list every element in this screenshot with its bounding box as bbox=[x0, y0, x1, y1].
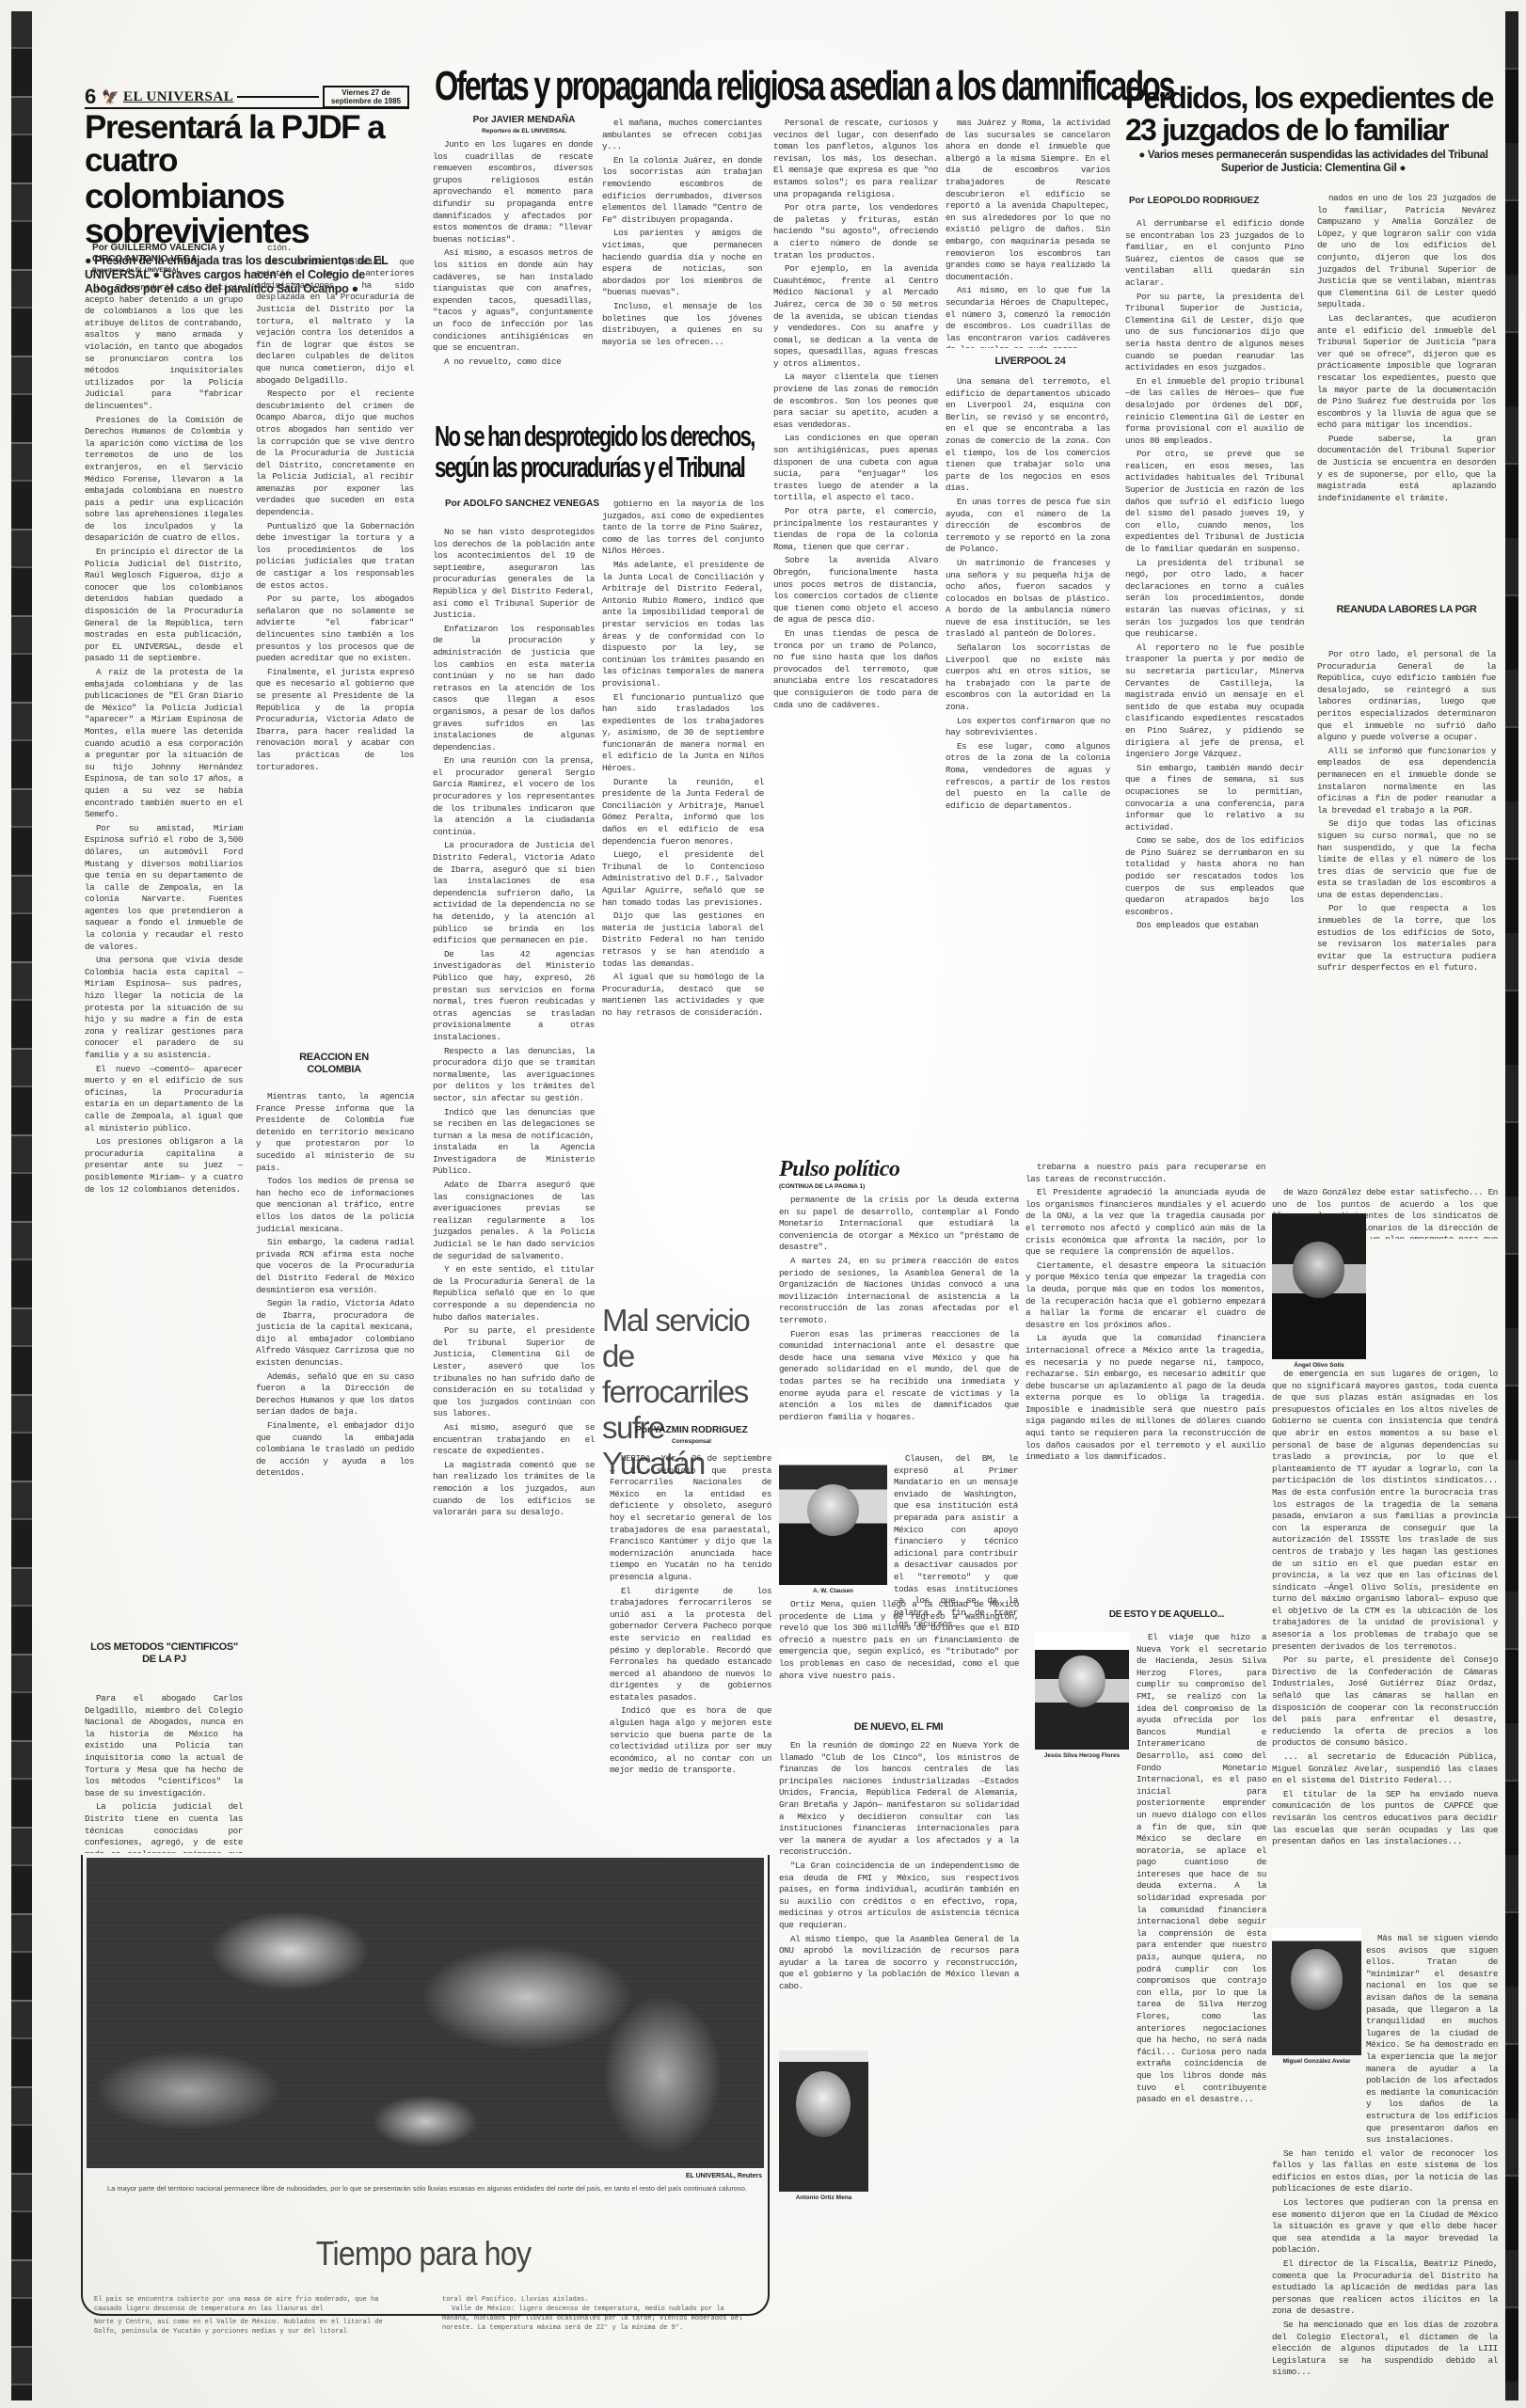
paragraph: "La Gran coincidencia de un independenti… bbox=[779, 1861, 1019, 1932]
paragraph: gobierno en la mayoría de los juzgados, … bbox=[602, 499, 764, 558]
paragraph: Al derrumbarse el edificio donde se enco… bbox=[1125, 218, 1304, 290]
paragraph: Ciertamente, el desastre empeora la situ… bbox=[1025, 1260, 1265, 1332]
paragraph: Una persona que vivía desde Colombia hac… bbox=[85, 955, 243, 1061]
byline-ofertas-role: Reportero de EL UNIVERSAL bbox=[453, 126, 595, 137]
paragraph: Y en este sentido, el titular de la Proc… bbox=[433, 1264, 595, 1323]
story-ofertas-column-4: mas Juárez y Roma, la actividad de las s… bbox=[946, 118, 1110, 348]
pulso-column-3b: Más mal se siguen viendo esos avisos que… bbox=[1272, 1933, 1498, 2389]
paragraph: Por su parte, la presidenta del Tribunal… bbox=[1125, 292, 1304, 374]
paragraph: Para el abogado Carlos Delgadillo, miemb… bbox=[85, 1693, 243, 1799]
paragraph: Sobre la avenida Alvaro Obregón, funcion… bbox=[773, 555, 938, 626]
pulso-column-1b: Ortiz Mena, quien llegó a la ciudad de M… bbox=[779, 1599, 1019, 1703]
paragraph: La policía judicial del Distrito tiene e… bbox=[85, 1801, 243, 1853]
paragraph: Finalmente, el embajador dijo que cuando… bbox=[256, 1420, 414, 1480]
paragraph: Puntualizó que la Gobernación debe inves… bbox=[256, 521, 414, 593]
paragraph: Los parientes y amigos de víctimas, que … bbox=[602, 228, 762, 299]
story-pjdf-column-1: La Procuraduría de Justicia acepto haber… bbox=[85, 282, 243, 1623]
continuation-note: (CONTINUA DE LA PAGINA 1) bbox=[779, 1183, 1014, 1190]
paragraph: Todos los medios de prensa se han hecho … bbox=[256, 1176, 414, 1235]
paragraph: Junto en los lugares en donde los cuadri… bbox=[433, 139, 593, 246]
paragraph: El funcionario puntualizó que han sido t… bbox=[602, 692, 764, 775]
paragraph: Se ha mencionado que en los días de zozo… bbox=[1272, 2320, 1498, 2379]
paragraph: En el inmueble del propio tribunal —de l… bbox=[1125, 376, 1304, 448]
story-ofertas-column-2: el mañana, muchos comerciantes ambulante… bbox=[602, 118, 762, 419]
scan-edge-right bbox=[1505, 11, 1518, 2400]
story-perdidos-header: Perdidos, los expedientes de 23 juzgados… bbox=[1125, 83, 1502, 175]
byline-yucatan-role: Corresponsal bbox=[621, 1436, 762, 1448]
paragraph: Indicó que es hora de que alguien haga a… bbox=[610, 1705, 771, 1777]
portrait-face bbox=[807, 1484, 859, 1536]
paragraph: de emergencia en sus lugares de origen, … bbox=[1272, 1369, 1498, 1653]
paragraph: Más adelante, el presidente de la Junta … bbox=[602, 560, 764, 690]
photo-credit: EL UNIVERSAL, Reuters bbox=[583, 2173, 762, 2179]
paragraph: Durante la reunión, el presidente de la … bbox=[602, 777, 764, 848]
paragraph: Las declarantes, que acudieron ante el e… bbox=[1317, 313, 1496, 432]
paragraph: Por otra parte, los vendedores de paleta… bbox=[773, 202, 938, 261]
paragraph: Así mismo, a escasos metros de los sitio… bbox=[433, 247, 593, 354]
pulso-column-2b: El viaje que hizo a Nueva York el secret… bbox=[1024, 1632, 1266, 2389]
pulso-politico-header: Pulso político (CONTINUA DE LA PAGINA 1) bbox=[779, 1157, 1014, 1190]
weather-text-left: El país se encuentra cubierto por una ma… bbox=[94, 2295, 405, 2337]
newspaper-name: EL UNIVERSAL bbox=[123, 89, 233, 105]
paragraph: ción. bbox=[256, 243, 414, 255]
story-ofertas-column-1: Junto en los lugares en donde los cuadri… bbox=[433, 139, 593, 418]
paragraph: La presidenta del tribunal se negó, por … bbox=[1125, 558, 1304, 641]
caption-olivo-solis: Ángel Olivo Solís bbox=[1272, 1362, 1366, 1369]
story-yucatan-column: MERIDA, Yuc., 26 de septiembre — El serv… bbox=[610, 1453, 771, 1855]
headline-yucatan-line1: Mal servicio bbox=[602, 1303, 771, 1339]
paragraph: Finalmente, el jurista expresó que es ne… bbox=[256, 667, 414, 773]
weather-title: Tiempo para hoy bbox=[119, 2234, 728, 2273]
byline-pjdf-role: Reporteros de EL UNIVERSAL bbox=[92, 265, 243, 277]
paragraph: La Procuraduría de Justicia acepto haber… bbox=[85, 282, 243, 413]
paragraph: Así mismo, aseguró que se encuentran tra… bbox=[433, 1422, 595, 1458]
photo-ortiz-mena bbox=[779, 2051, 868, 2192]
story-desprotegido-column-1: No se han visto desprotegidos los derech… bbox=[433, 527, 595, 1855]
paragraph: En principio el director de la Policía J… bbox=[85, 547, 243, 665]
paragraph: Los expertos confirmaron que no hay sobr… bbox=[946, 716, 1110, 739]
headline-perdidos-line1: Perdidos, los expedientes de bbox=[1125, 83, 1502, 113]
paragraph: La magistrada comentó que se han realiza… bbox=[433, 1460, 595, 1519]
paragraph: Ortiz Mena, quien llegó a la ciudad de M… bbox=[779, 1599, 1019, 1682]
paragraph: Allí se informó que funcionarios y emple… bbox=[1317, 746, 1496, 817]
paragraph: Respecto por el reciente descubrimiento … bbox=[256, 388, 414, 519]
paragraph: De las 42 agencias investigadoras del Mi… bbox=[433, 949, 595, 1044]
paragraph: El Presidente agradeció la anunciada ayu… bbox=[1025, 1187, 1265, 1259]
paragraph: A raíz de la protesta de la embajada col… bbox=[85, 667, 243, 821]
subhead-reaccion-colombia: REACCION EN COLOMBIA bbox=[273, 1052, 395, 1076]
weather-photo-caption: La mayor parte del territorio nacional p… bbox=[90, 2184, 764, 2194]
headline-desprotegido-line2: según las procuradurías y el Tribunal bbox=[435, 452, 678, 482]
newspaper-page: 6 🦅 EL UNIVERSAL Viernes 27 de septiembr… bbox=[0, 0, 1526, 2408]
satellite-weather-photo bbox=[87, 1858, 764, 2168]
byline-yucatan: Por YAZMIN RODRIGUEZ Corresponsal bbox=[621, 1425, 762, 1448]
paragraph: Por su amistad, Miriam Espinosa sufrió e… bbox=[85, 823, 243, 954]
paragraph: Se dijo que todas las oficinas siguen su… bbox=[1317, 818, 1496, 901]
issue-date: Viernes 27 de septiembre de 1985 bbox=[323, 86, 409, 108]
subhead-de-esto-y-de-aquello: DE ESTO Y DE AQUELLO... bbox=[1073, 1608, 1261, 1621]
story-perdidos-column-2b: Por otro lado, el personal de la Procura… bbox=[1317, 649, 1496, 1148]
paragraph: A martes 24, en su primera reacción de e… bbox=[779, 1256, 1019, 1327]
paragraph: A no revuelto, como dice bbox=[433, 356, 593, 369]
paragraph: Es ese lugar, como algunos otros de la z… bbox=[946, 741, 1110, 813]
paragraph: ... al secretario de Educación Pública, … bbox=[1272, 1751, 1498, 1787]
paragraph: Fueron esas las primeras reacciones de l… bbox=[779, 1329, 1019, 1420]
paragraph: Además, señaló que en su caso fueron a l… bbox=[256, 1371, 414, 1418]
subhead-liverpool: LIVERPOOL 24 bbox=[960, 356, 1101, 368]
story-ofertas-column-3: Personal de rescate, curiosos y vecinos … bbox=[773, 118, 938, 1331]
story-perdidos-column-2: nados en uno de los 23 juzgados de lo fa… bbox=[1317, 193, 1496, 588]
headline-perdidos-line2: 23 juzgados de lo familiar bbox=[1125, 115, 1502, 145]
masthead-rule bbox=[237, 96, 319, 98]
byline-ofertas-name: Por JAVIER MENDAÑA bbox=[473, 115, 576, 125]
headline-pjdf-line2: colombianos sobrevivientes bbox=[85, 179, 414, 248]
paragraph: La técnica policial que existió en anter… bbox=[256, 257, 414, 388]
paragraph: Más mal se siguen viendo esos avisos que… bbox=[1366, 1933, 1498, 2147]
story-pjdf-column-2b: Mientras tanto, la agencia France Presse… bbox=[256, 1091, 414, 1853]
portrait-face bbox=[796, 2071, 850, 2137]
paragraph: MERIDA, Yuc., 26 de septiembre — El serv… bbox=[610, 1453, 771, 1584]
paragraph: el mañana, muchos comerciantes ambulante… bbox=[602, 118, 762, 153]
paragraph: Como se sabe, dos de los edificios de Pi… bbox=[1125, 835, 1304, 918]
subhead-metodos: LOS METODOS "CIENTIFICOS" DE LA PJ bbox=[87, 1641, 242, 1666]
weather-text-right: toral del Pacífico. Lluvias aisladas. Va… bbox=[442, 2295, 753, 2333]
masthead: 6 🦅 EL UNIVERSAL Viernes 27 de septiembr… bbox=[85, 87, 409, 109]
paragraph: Los lectores que pudieran con la prensa … bbox=[1272, 2197, 1498, 2257]
pulso-column-3: de emergencia en sus lugares de origen, … bbox=[1272, 1369, 1498, 1933]
eagle-icon: 🦅 bbox=[102, 88, 119, 105]
story-perdidos-column-1: Al derrumbarse el edificio donde se enco… bbox=[1125, 218, 1304, 1149]
paragraph: Respecto a las denuncias, la procuradora… bbox=[433, 1046, 595, 1105]
paragraph: Por su parte, los abogados señalaron que… bbox=[256, 594, 414, 665]
paragraph: En una reunión con la prensa, el procura… bbox=[433, 755, 595, 838]
paragraph: Al mismo tiempo, que la Asamblea General… bbox=[779, 1934, 1019, 1993]
byline-pjdf: Por GUILLERMO VALENCIA y CIRCO ANTONIO V… bbox=[92, 243, 243, 277]
paragraph: El país se encuentra cubierto por una ma… bbox=[94, 2295, 405, 2314]
paragraph: toral del Pacífico. Lluvias aisladas. bbox=[442, 2295, 753, 2305]
photo-olivo-solis bbox=[1272, 1213, 1366, 1359]
paragraph: Por otro, se prevé que se realicen, en e… bbox=[1125, 449, 1304, 555]
paragraph: La procuradora de Justicia del Distrito … bbox=[433, 840, 595, 946]
paragraph: Sin embargo, la cadena radial privada RC… bbox=[256, 1237, 414, 1296]
story-pjdf-column-1b: Para el abogado Carlos Delgadillo, miemb… bbox=[85, 1693, 243, 1853]
paragraph: Mientras tanto, la agencia France Presse… bbox=[256, 1091, 414, 1174]
paragraph: La ayuda que la comunidad financiera int… bbox=[1025, 1333, 1265, 1464]
scan-edge-left bbox=[11, 11, 32, 2400]
story-desprotegido-column-2: gobierno en la mayoría de los juzgados, … bbox=[602, 499, 764, 1298]
paragraph: Señalaron los socorristas de Liverpool q… bbox=[946, 642, 1110, 714]
headline-ofertas: Ofertas y propaganda religiosa asedian a… bbox=[435, 66, 963, 107]
paragraph: Dijo que las gestiones en materia de jus… bbox=[602, 911, 764, 970]
headline-desprotegido-line1: No se han desprotegido los derechos, bbox=[435, 421, 678, 451]
paragraph: Las condiciones en que operan son antihi… bbox=[773, 433, 938, 504]
paragraph: Un matrimonio de franceses y una señora … bbox=[946, 558, 1110, 641]
photo-clausen bbox=[779, 1449, 887, 1585]
paragraph: En la colonia Juárez, en donde los socor… bbox=[602, 155, 762, 227]
paragraph: En la reunión de domingo 22 en Nueva Yor… bbox=[779, 1740, 1019, 1859]
paragraph: El titular de la SEP ha enviado nueva co… bbox=[1272, 1789, 1498, 1848]
byline-pjdf-name: Por GUILLERMO VALENCIA y CIRCO ANTONIO V… bbox=[92, 243, 225, 264]
paragraph: trebarna a nuestro país para recuperarse… bbox=[1025, 1162, 1265, 1185]
paragraph: Según la radio, Victoria Adato de Ibarra… bbox=[256, 1298, 414, 1370]
headline-yucatan-line2: de ferrocarriles bbox=[602, 1339, 771, 1410]
paragraph: Incluso, el mensaje de los boletines que… bbox=[602, 301, 762, 348]
story-desprotegido-header: No se han desprotegido los derechos, seg… bbox=[435, 421, 773, 482]
paragraph: En unas torres de pesca fue sin ayuda, c… bbox=[946, 497, 1110, 556]
paragraph: Valle de México: ligero descenso de temp… bbox=[442, 2305, 753, 2333]
paragraph: Personal de rescate, curiosos y vecinos … bbox=[773, 118, 938, 200]
paragraph: Enfatizaron los responsables de la procu… bbox=[433, 624, 595, 754]
paragraph: No se han visto desprotegidos los derech… bbox=[433, 527, 595, 622]
paragraph: El nuevo —comentó— aparecer muerto y en … bbox=[85, 1064, 243, 1135]
page-number: 6 bbox=[85, 85, 96, 109]
paragraph: Indicó que las denuncias que se reciben … bbox=[433, 1107, 595, 1179]
paragraph: Puede saberse, la gran documentación del… bbox=[1317, 434, 1496, 505]
paragraph: Luego, el presidente del Tribunal de lo … bbox=[602, 849, 764, 909]
paragraph: Por lo que respecta a los inmuebles de l… bbox=[1317, 903, 1496, 974]
paragraph: permanente de la crisis por la deuda ext… bbox=[779, 1195, 1019, 1254]
paragraph: Por ejemplo, en la avenida Cuauhtémoc, f… bbox=[773, 263, 938, 370]
paragraph: Por su parte, el presidente del Consejo … bbox=[1272, 1655, 1498, 1750]
paragraph: Al reportero no le fue posible trasponer… bbox=[1125, 642, 1304, 761]
headline-pjdf-line1: Presentará la PJDF a cuatro bbox=[85, 111, 414, 177]
paragraph: Presiones de la Comisión de Derechos Hum… bbox=[85, 415, 243, 546]
paragraph: Se han tenido el valor de reconocer los … bbox=[1272, 2148, 1498, 2195]
pulso-column-2: trebarna a nuestro país para recuperarse… bbox=[1025, 1162, 1265, 1604]
paragraph: En unas tiendas de pesca de tronca por u… bbox=[773, 628, 938, 711]
pulso-column-1: permanente de la crisis por la deuda ext… bbox=[779, 1195, 1019, 1420]
paragraph: Así mismo, en lo que fue la secundaria H… bbox=[946, 285, 1110, 348]
story-pjdf-column-2: ción. La técnica policial que existió en… bbox=[256, 243, 414, 1025]
paragraph: Al igual que su homólogo de la Procuradu… bbox=[602, 972, 764, 1019]
paragraph: La mayor clientela que tienen proviene d… bbox=[773, 372, 938, 431]
paragraph: nados en uno de los 23 juzgados de lo fa… bbox=[1317, 193, 1496, 311]
paragraph: Adato de Ibarra aseguró que las consigna… bbox=[433, 1180, 595, 1262]
paragraph: Por su parte, el presidente del Tribunal… bbox=[433, 1325, 595, 1420]
byline-desprotegido: Por ADOLFO SANCHEZ VENEGAS bbox=[442, 499, 602, 510]
paragraph: Norte y Centro, así como en el Valle de … bbox=[94, 2318, 405, 2337]
subhead-de-nuevo-fmi: DE NUEVO, EL FMI bbox=[809, 1721, 988, 1734]
paragraph: Por otra parte, el comercio, principalme… bbox=[773, 506, 938, 553]
caption-clausen: A. W. Clausen bbox=[779, 1588, 887, 1594]
paragraph: Una semana del terremoto, el edificio de… bbox=[946, 376, 1110, 495]
byline-yucatan-name: Por YAZMIN RODRIGUEZ bbox=[635, 1425, 747, 1435]
paragraph: Los presiones obligaron a la procuradurí… bbox=[85, 1136, 243, 1196]
deck-perdidos: ● Varios meses permanecerán suspendidas … bbox=[1125, 149, 1502, 175]
byline-ofertas: Por JAVIER MENDAÑA Reportero de EL UNIVE… bbox=[453, 115, 595, 137]
paragraph: El viaje que hizo a Nueva York el secret… bbox=[1137, 1632, 1266, 2106]
byline-perdidos: Por LEOPOLDO RODRIGUEZ bbox=[1129, 196, 1298, 207]
paragraph: Dos empleados que estaban bbox=[1125, 920, 1304, 932]
paragraph: Sin embargo, también mandó decir que a f… bbox=[1125, 763, 1304, 834]
paragraph: El director de la Fiscalía, Beatriz Pine… bbox=[1272, 2258, 1498, 2318]
column-title-pulso-politico: Pulso político bbox=[779, 1157, 1014, 1182]
portrait-face bbox=[1293, 1242, 1344, 1298]
paragraph: mas Juárez y Roma, la actividad de las s… bbox=[946, 118, 1110, 283]
caption-ortiz-mena: Antonio Ortiz Mena bbox=[779, 2194, 868, 2201]
paragraph: El dirigente de los trabajadores ferroca… bbox=[610, 1586, 771, 1704]
subhead-reanuda-pgr: REANUDA LABORES LA PGR bbox=[1327, 604, 1486, 616]
paragraph: Por otro lado, el personal de la Procura… bbox=[1317, 649, 1496, 744]
